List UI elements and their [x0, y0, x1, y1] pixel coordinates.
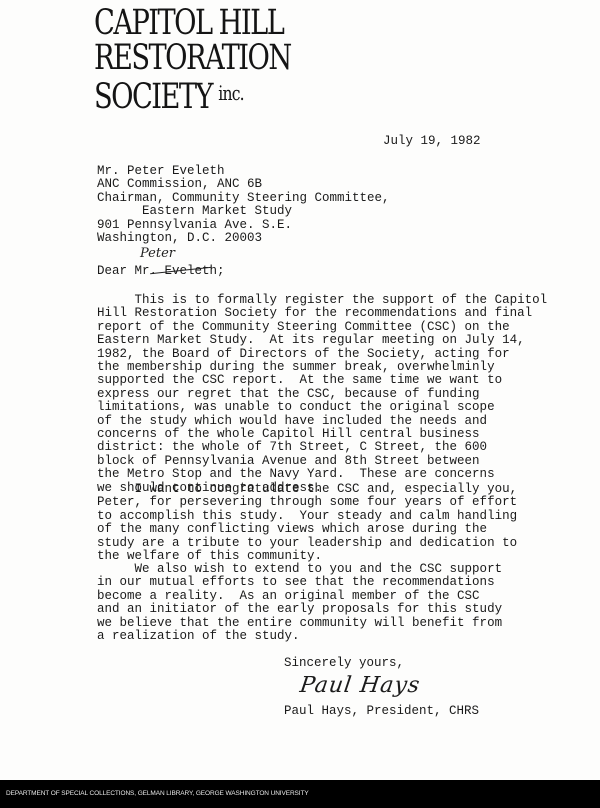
letter-page: CAPITOL HILL RESTORATION SOCIETYinc. Jul… [0, 0, 600, 780]
text-line: Hill Restoration Society for the recomme… [97, 307, 547, 320]
text-line: in our mutual efforts to see that the re… [97, 576, 502, 589]
archive-credit: DEPARTMENT OF SPECIAL COLLECTIONS, GELMA… [6, 790, 309, 797]
archive-credit-bar: DEPARTMENT OF SPECIAL COLLECTIONS, GELMA… [0, 780, 600, 808]
letterhead-line-3: SOCIETYinc. [94, 76, 291, 115]
body-paragraph-2: I want to congratulate the CSC and, espe… [97, 483, 517, 563]
text-line: Mr. Peter Eveleth [97, 165, 390, 178]
text-line: to accomplish this study. Your steady an… [97, 510, 517, 523]
salutation-prefix: Dear Mr [97, 264, 150, 278]
text-line: block of Pennsylvania Avenue and 8th Str… [97, 455, 547, 468]
struck-surname: . Eveleth [150, 264, 218, 278]
text-line: study are a tribute to your leadership a… [97, 537, 517, 550]
text-line: This is to formally register the support… [97, 294, 547, 307]
letterhead-logo: CAPITOL HILL RESTORATION SOCIETYinc. [94, 6, 291, 115]
body-paragraph-3: We also wish to extend to you and the CS… [97, 563, 502, 643]
letterhead-line-1: CAPITOL HILL [94, 6, 291, 41]
text-line: Peter, for persevering through some four… [97, 496, 517, 509]
handwritten-signature: Paul Hays [298, 673, 422, 698]
text-line: ANC Commission, ANC 6B [97, 178, 390, 191]
text-line: and an initiator of the early proposals … [97, 603, 502, 616]
text-line: a realization of the study. [97, 630, 502, 643]
text-line: Eastern Market Study. At its regular mee… [97, 334, 547, 347]
text-line: report of the Community Steering Committ… [97, 321, 547, 334]
text-line: 901 Pennsylvania Ave. S.E. [97, 219, 390, 232]
text-line: I want to congratulate the CSC and, espe… [97, 483, 517, 496]
recipient-address: Mr. Peter EvelethANC Commission, ANC 6BC… [97, 165, 390, 245]
text-line: of the study which would have included t… [97, 415, 547, 428]
text-line: become a reality. As an original member … [97, 590, 502, 603]
salutation: Dear Mr. Eveleth; [97, 265, 225, 278]
text-line: express our regret that the CSC, because… [97, 388, 547, 401]
text-line: the Metro Stop and the Navy Yard. These … [97, 468, 547, 481]
closing: Sincerely yours, [284, 657, 404, 670]
text-line: limitations, was unable to conduct the o… [97, 401, 547, 414]
text-line: Eastern Market Study [97, 205, 390, 218]
text-line: concerns of the whole Capitol Hill centr… [97, 428, 547, 441]
salutation-suffix: ; [217, 264, 225, 278]
letterhead-society: SOCIETY [94, 77, 212, 117]
letter-date: July 19, 1982 [383, 135, 481, 148]
text-line: the membership during the summer break, … [97, 361, 547, 374]
text-line: district: the whole of 7th Street, C Str… [97, 441, 547, 454]
text-line: Washington, D.C. 20003 [97, 232, 390, 245]
text-line: of the many conflicting views which aros… [97, 523, 517, 536]
text-line: Chairman, Community Steering Committee, [97, 192, 390, 205]
body-paragraph-1: This is to formally register the support… [97, 294, 547, 495]
letterhead-line-2: RESTORATION [94, 41, 291, 76]
handwritten-correction: Peter [140, 246, 175, 261]
signer-name: Paul Hays, President, CHRS [284, 705, 479, 718]
text-line: supported the CSC report. At the same ti… [97, 374, 547, 387]
letterhead-inc: inc. [218, 81, 244, 105]
text-line: 1982, the Board of Directors of the Soci… [97, 348, 547, 361]
text-line: We also wish to extend to you and the CS… [97, 563, 502, 576]
text-line: we believe that the entire community wil… [97, 617, 502, 630]
